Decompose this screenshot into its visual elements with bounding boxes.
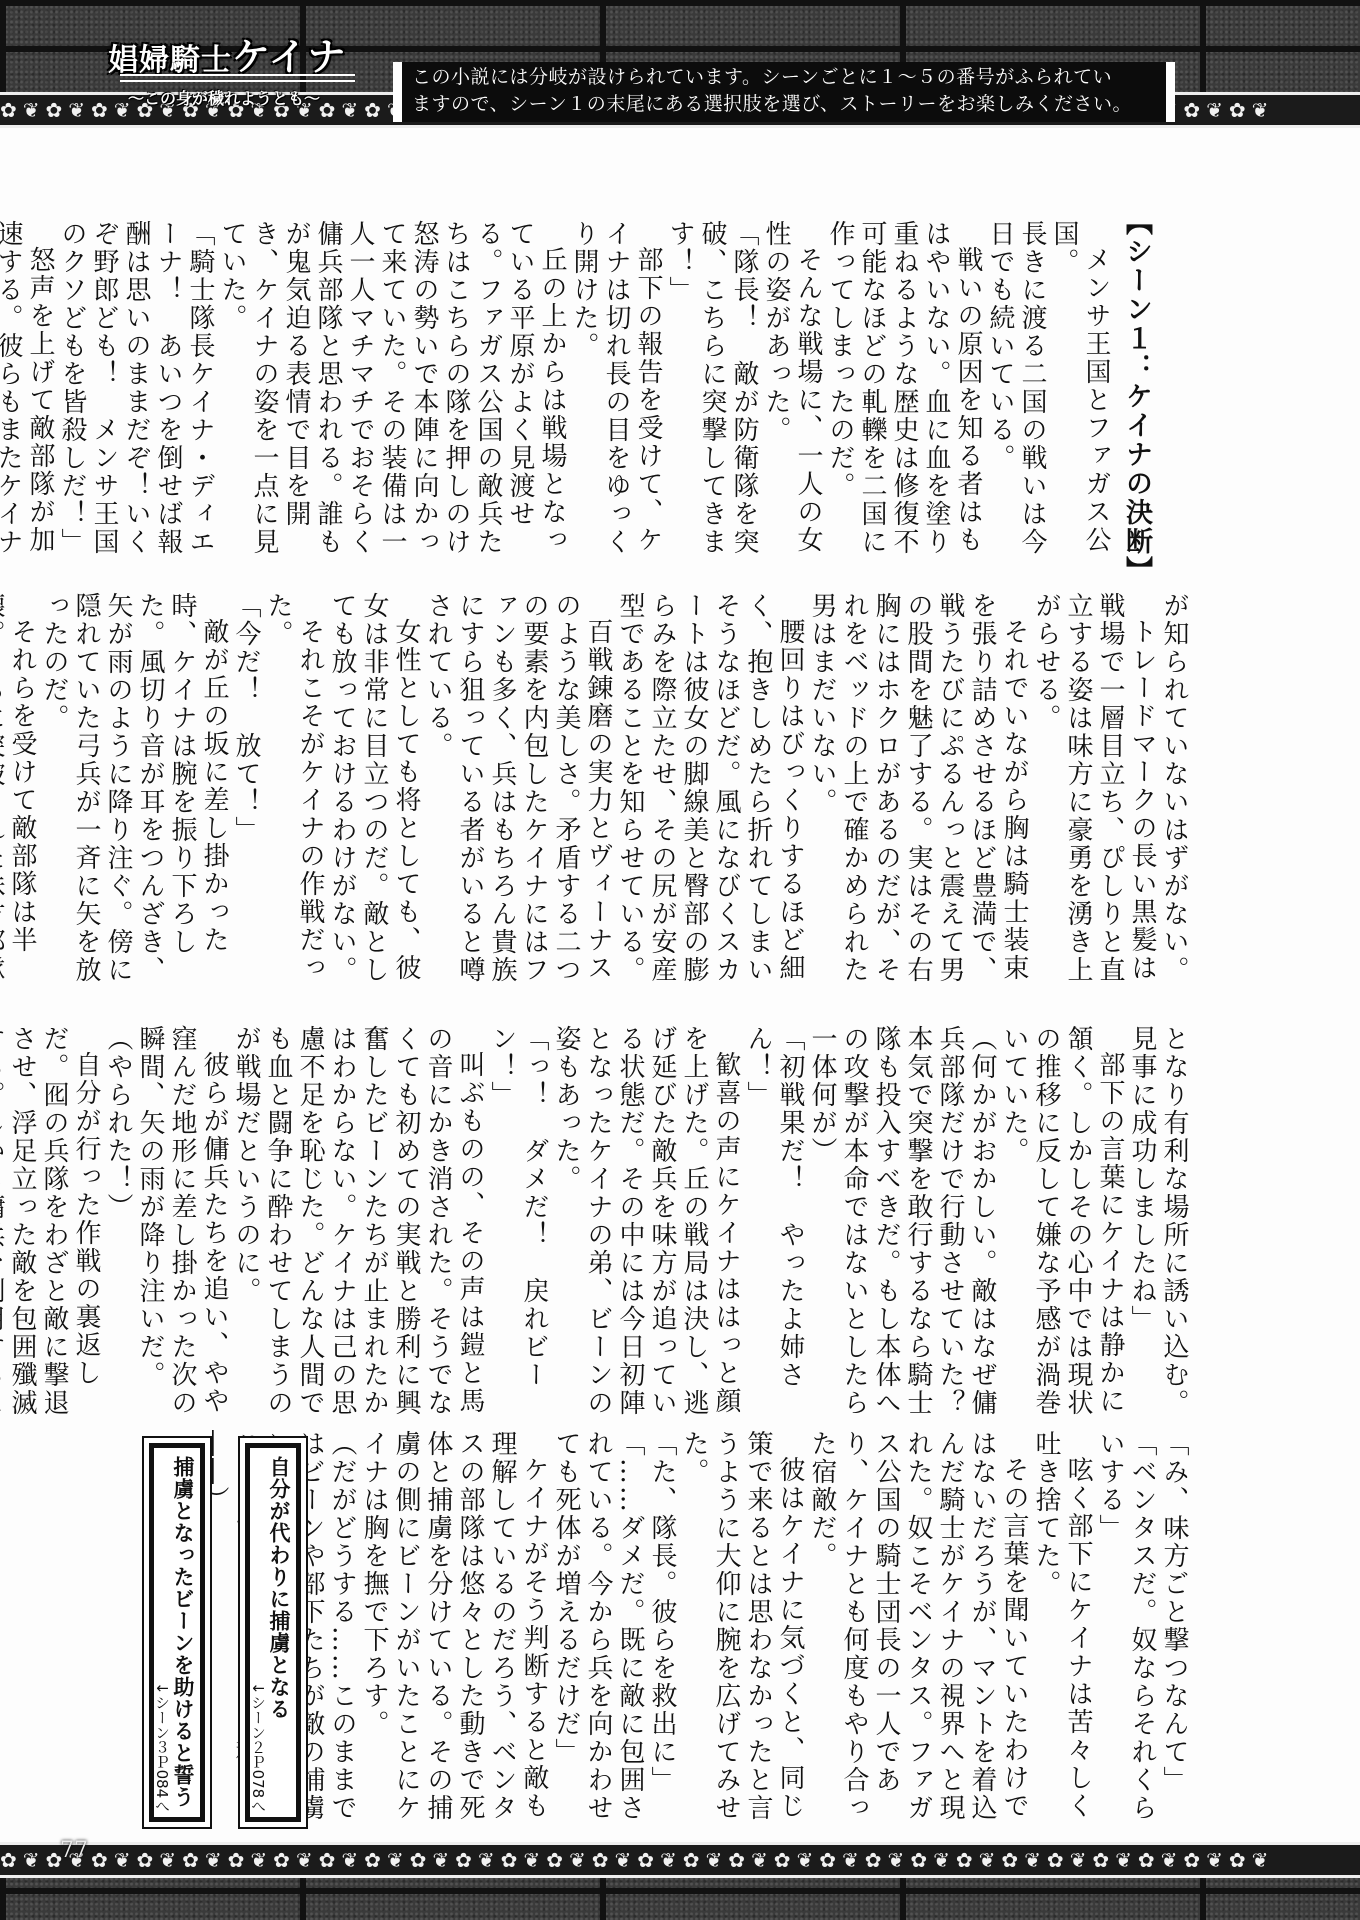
header-banner: ✿❦✿❦✿❦✿❦✿❦✿❦✿❦✿❦✿❦✿❦✿❦✿❦✿❦✿❦✿❦✿❦✿❦✿❦✿❦✿❦… (0, 0, 1360, 128)
dialogue: 「っ！ ダメだ！ 戻れビーン！」 (486, 1025, 550, 1425)
choice-box-scene-3[interactable]: 捕虜となったビーンを助けると誓う ↓シーン３Ｐ084へ (142, 1436, 212, 1829)
footer-banner: ✿❦✿❦✿❦✿❦✿❦✿❦✿❦✿❦✿❦✿❦✿❦✿❦✿❦✿❦✿❦✿❦✿❦✿❦✿❦✿❦… (0, 1842, 1360, 1920)
paragraph: 自分が行った作戦の裏返しだ。囮の兵隊をわざと敵に撃退させ、浮足立った敵を包囲殲滅… (0, 1025, 102, 1425)
dialogue: 「み、味方ごと撃つなんて」 (1158, 1430, 1190, 1830)
inner-thought: （何かがおかしい。敵はなぜ傭兵部隊だけで行動させていた？ 本気で突撃を敢行するな… (806, 1025, 998, 1425)
paragraph: 呟く部下にケイナは苦々しく吐き捨てた。 (1030, 1430, 1094, 1830)
title-divider (120, 74, 355, 82)
paragraph: となり有利な場所に誘い込む。見事に成功しましたね」 (1126, 1025, 1190, 1425)
dialogue: 「初戦果だ！ やったよ姉さん！」 (742, 1025, 806, 1425)
paragraph: 歓喜の声にケイナははっと顔を上げた。丘の戦局は決し、逃げ延びた敵兵を味方が追って… (550, 1025, 742, 1425)
paragraph: 百戦錬磨の実力とヴィーナスのような美しさ。矛盾する二つの要素を内包したケイナには… (422, 592, 614, 992)
branching-notice-box: この小説には分岐が設けられています。シーンごとに１〜５の番号がふられてい ますの… (393, 62, 1175, 122)
choice-label: 自分が代わりに捕虜となる (264, 1456, 294, 1720)
dialogue: 「た、隊長。彼らを救出に」 (646, 1430, 678, 1830)
paragraph: その言葉を聞いていたわけではないだろうが、マントを着込んだ騎士がケイナの視界へと… (806, 1430, 1030, 1830)
paragraph: 部下の報告を受けて、ケイナは切れ長の目をゆっくり開けた。 (568, 220, 664, 560)
paragraph: それらを受けて敵部隊は半壊。さらに突破された味方部隊が背後から追いつき、残存兵た… (0, 592, 38, 992)
paragraph: 叫ぶものの、その声は鎧と馬の音にかき消された。そうでなくても初めての実戦と勝利に… (230, 1025, 486, 1425)
paragraph: それでいながら胸は騎士装束を張り詰めさせるほど豊満で、戦うたびにぷるんっと震えて… (806, 592, 1030, 992)
page-number: 77 (60, 1838, 88, 1863)
paragraph: 丘の上からは戦場となっている平原がよく見渡せる。ファガス公国の敵兵たちはこちらの… (216, 220, 568, 560)
notice-line-2: ますので、シーン１の末尾にある選択肢を選び、ストーリーをお楽しみください。 (412, 91, 1156, 118)
text-tier-4: 「み、味方ごと撃つなんて」 「ベンタスだ。奴ならそれくらいする」 呟く部下にケイ… (390, 1430, 1190, 1830)
series-title-logo: 娼婦騎士ケイナ 〜この身が穢れようとも〜 (100, 20, 370, 110)
paragraph: 戦いの原因を知る者はもはやいない。血に血を塗り重ねるような歴史は修復不可能なほど… (824, 220, 984, 560)
notice-line-1: この小説には分岐が設けられています。シーンごとに１〜５の番号がふられてい (412, 64, 1156, 91)
paragraph: メンサ王国とファガス公国。 (1048, 220, 1112, 560)
dialogue: 「今だ！ 放て！」 (230, 592, 262, 992)
choice-target-page: ↓シーン２Ｐ078へ (248, 1682, 269, 1813)
inner-thought: （やられた！） (102, 1025, 134, 1425)
paragraph: 怒声を上げて敵部隊が加速する。彼らもまたケイナを知っているのだ。 (0, 220, 56, 560)
paragraph: 敵が丘の坂に差し掛かった時、ケイナは腕を振り下ろした。風切り音が耳をつんざき、矢… (38, 592, 230, 992)
dialogue: 「ベンタスだ。奴ならそれくらいする」 (1094, 1430, 1158, 1830)
dialogue: 「……ダメだ。既に敵に包囲されている。今から兵を向かわせても死体が増えるだけだ」 (550, 1430, 646, 1830)
paragraph: 女性としても将としても、彼女は非常に目立つのだ。敵としても放っておけるわけがない… (326, 592, 422, 992)
series-title-kana: ケイナ (232, 35, 346, 79)
series-subtitle: 〜この身が穢れようとも〜 (128, 86, 320, 109)
choice-target-page: ↓シーン３Ｐ084へ (152, 1682, 173, 1813)
paragraph: それこそがケイナの作戦だった。 (262, 592, 326, 992)
paragraph: 長きに渡る二国の戦いは今日でも続いている。 (984, 220, 1048, 560)
paragraph: 腰回りはびっくりするほど細く、抱きしめたら折れてしまいそうなほどだ。風になびくス… (614, 592, 806, 992)
choice-box-scene-2[interactable]: 自分が代わりに捕虜となる ↓シーン２Ｐ078へ (238, 1436, 308, 1829)
paragraph: 彼らが傭兵たちを追い、やや窪んだ地形に差し掛かった次の瞬間、矢の雨が降り注いだ。 (134, 1025, 230, 1425)
footer-ornament-border: ✿❦✿❦✿❦✿❦✿❦✿❦✿❦✿❦✿❦✿❦✿❦✿❦✿❦✿❦✿❦✿❦✿❦✿❦✿❦✿❦… (0, 1842, 1360, 1878)
text-tier-1: メンサ王国とファガス公国。 長きに渡る二国の戦いは今日でも続いている。 戦いの原… (0, 220, 1112, 560)
paragraph: ケイナがそう判断すると敵も理解しているのだろう、ベンタスの部隊は悠々とした動きで… (358, 1430, 550, 1830)
series-title-kanji: 娼婦騎士 (108, 43, 232, 78)
scene-heading: 【シーン１：ケイナの決断】 (1120, 208, 1152, 585)
dialogue: 「騎士隊長ケイナ・ディエーナ！ あいつを倒せば報酬は思いのままだぞ！いくぞ野郎ど… (56, 220, 216, 560)
paragraph: 部下の言葉にケイナは静かに頷く。しかしその心中では現状の推移に反して嫌な予感が渦… (998, 1025, 1126, 1425)
paragraph: が知られていないはずがない。 (1158, 592, 1190, 992)
text-tier-3: となり有利な場所に誘い込む。見事に成功しましたね」 部下の言葉にケイナは静かに頷… (0, 1025, 1190, 1425)
dialogue: 「隊長！ 敵が防衛隊を突破、こちらに突撃してきます！」 (664, 220, 760, 560)
paragraph: トレードマークの長い黒髪は戦場で一層目立ち、ぴしりと直立する姿は味方に豪勇を湧き… (1030, 592, 1158, 992)
paragraph: そんな戦場に、一人の女性の姿があった。 (760, 220, 824, 560)
series-title: 娼婦騎士ケイナ (108, 26, 346, 81)
paragraph: 彼はケイナに気づくと、同じ策で来るとは思わなかったと言うように大仰に腕を広げてみ… (678, 1430, 806, 1830)
text-tier-2: が知られていないはずがない。 トレードマークの長い黒髪は戦場で一層目立ち、ぴしり… (0, 592, 1190, 992)
